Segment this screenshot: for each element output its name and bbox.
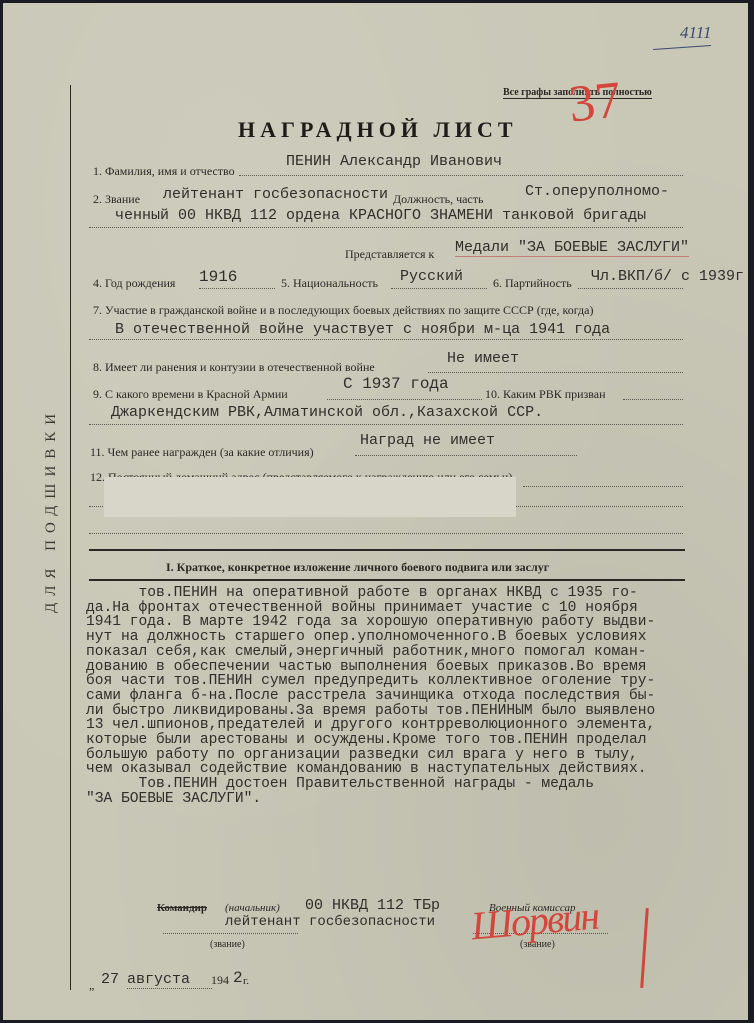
field-12-line-a — [523, 486, 683, 487]
body-line: которые были арестованы и осуждены.Кроме… — [86, 733, 655, 748]
body-line: "ЗА БОЕВЫЕ ЗАСЛУГИ". — [86, 792, 655, 807]
field-4-value: 1916 — [199, 268, 237, 286]
date-year-unit: г. — [243, 975, 249, 987]
binding-margin-label: ДЛЯ ПОДШИВКИ — [43, 407, 60, 613]
rank-caption-left: (звание) — [210, 939, 245, 950]
field-5-value: Русский — [400, 268, 463, 285]
field-2-position-label: Должность, часть — [393, 192, 483, 207]
body-line: дованию в обеспечении частью выполнения … — [86, 660, 655, 675]
commander-crossed-label: Командир — [157, 902, 207, 914]
red-signature: Шорвин — [469, 892, 600, 950]
date-month-line — [127, 988, 212, 989]
field-2-position-value-2: ченный 00 НКВД 112 ордена КРАСНОГО ЗНАМЕ… — [115, 207, 646, 224]
field-10-label: 10. Каким РВК призван — [485, 387, 606, 402]
section-1-body: тов.ПЕНИН на оперативной работе в органа… — [86, 586, 655, 807]
field-4-line — [199, 288, 275, 289]
field-9-label: 9. С какого времени в Красной Армии — [93, 387, 288, 402]
field-9-line — [327, 399, 482, 400]
field-4-label: 4. Год рождения — [93, 276, 175, 291]
document-title: НАГРАДНОЙ ЛИСТ — [238, 117, 518, 143]
field-2-line — [89, 227, 683, 228]
field-6-line — [578, 288, 683, 289]
field-6-value: Чл.ВКП/б/ с 1939г — [591, 268, 744, 285]
date-month: августа — [127, 971, 190, 988]
field-8-value: Не имеет — [447, 350, 519, 367]
nominated-label: Представляется к — [345, 247, 434, 262]
binding-margin-line — [70, 85, 71, 990]
commander-role-label: (начальник) — [225, 902, 280, 914]
body-line: 13 чел.шпионов,предателей и другого конт… — [86, 718, 655, 733]
field-8-label: 8. Имеет ли ранения и контузии в отечест… — [93, 360, 375, 375]
field-6-label: 6. Партийность — [493, 276, 572, 291]
field-7-label: 7. Участие в гражданской войне и в после… — [93, 303, 593, 318]
body-line: показал себя,как смелый,энергичный работ… — [86, 645, 655, 660]
body-line: тов.ПЕНИН на оперативной работе в органа… — [86, 586, 655, 601]
field-1-value: ПЕНИН Александр Иванович — [286, 153, 502, 170]
field-5-label: 5. Национальность — [281, 276, 378, 291]
nominated-value: Медали "ЗА БОЕВЫЕ ЗАСЛУГИ" — [455, 239, 689, 257]
field-10-line-b — [89, 424, 683, 425]
field-11-label: 11. Чем ранее награжден (за какие отличи… — [90, 445, 314, 460]
section-1-heading: I. Краткое, конкретное изложение личного… — [166, 560, 549, 575]
signatory-unit: 00 НКВД 112 ТБр — [305, 897, 440, 914]
section-1-bottom-rule — [89, 579, 685, 581]
field-9-value: С 1937 года — [343, 375, 449, 393]
archive-number-underline — [653, 45, 711, 50]
field-12-line-c — [89, 533, 683, 534]
field-10-line-a — [623, 399, 683, 400]
field-1-line — [239, 175, 683, 176]
section-1-top-rule — [89, 549, 685, 551]
field-7-value: В отечественной войне участвует с ноябри… — [115, 321, 610, 338]
body-line: нут на должность старшего опер.уполномоч… — [86, 630, 655, 645]
signature-stroke — [640, 908, 649, 988]
field-2-label: 2. Звание — [93, 192, 140, 207]
date-year-suffix: 2 — [233, 969, 243, 987]
field-10-value: Джаркендским РВК,Алматинской обл.,Казахс… — [111, 404, 543, 421]
date-day: 27 — [101, 971, 119, 988]
body-line: чем оказывал содействие командованию в н… — [86, 762, 655, 777]
field-8-line — [428, 372, 683, 373]
body-line: Тов.ПЕНИН достоен Правительственной нагр… — [86, 777, 655, 792]
body-line: боя части тов.ПЕНИН сумел предупредить к… — [86, 674, 655, 689]
field-11-line — [355, 455, 577, 456]
archive-number: 4111 — [680, 23, 711, 43]
award-sheet-page: 4111 Все графы заполнять полностью 37 НА… — [3, 3, 748, 1020]
body-line: сами фланга б-на.После расстрела зачинщи… — [86, 689, 655, 704]
field-2-rank-value: лейтенант госбезопасности — [163, 186, 388, 203]
field-5-line — [391, 288, 487, 289]
field-7-line — [89, 339, 683, 340]
body-line: 1941 года. В марте 1942 года за хорошую … — [86, 615, 655, 630]
field-1-label: 1. Фамилия, имя и отчество — [93, 164, 235, 179]
redacted-address — [104, 477, 516, 517]
date-quote: „ — [89, 978, 94, 993]
signatory-rank: лейтенант госбезопасности — [225, 914, 435, 930]
field-11-value: Наград не имеет — [360, 432, 495, 449]
field-2-position-value-1: Ст.оперуполномо- — [525, 183, 669, 200]
date-year-prefix: 194 — [211, 973, 229, 988]
rank-line-left — [163, 933, 298, 934]
red-sheet-number: 37 — [566, 70, 624, 134]
